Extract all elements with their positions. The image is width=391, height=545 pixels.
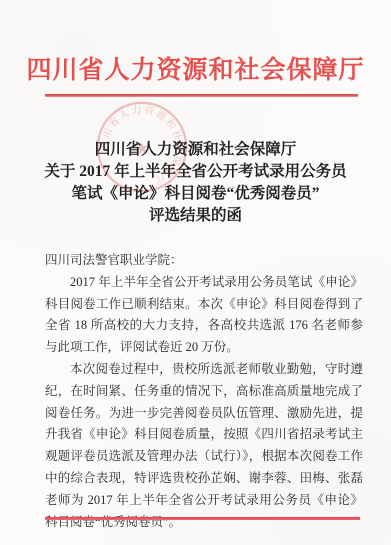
document-title-line-2: 关于 2017 年上半年全省公开考试录用公务员 (0, 161, 391, 183)
document-title: 四川省人力资源和社会保障厅 关于 2017 年上半年全省公开考试录用公务员 笔试… (0, 139, 391, 227)
document-page: 四川省人力资源和社会保障厅 四川省人力资源和社会保障厅 ★ 四川省人力资源和社会… (0, 0, 391, 545)
document-title-line-1: 四川省人力资源和社会保障厅 (0, 139, 391, 161)
document-body: 四川司法警官职业学院： 2017 年上半年全省公开考试录用公务员笔试《申论》科目… (45, 250, 363, 533)
footer-divider (45, 517, 360, 520)
recipient-line: 四川司法警官职业学院： (45, 250, 363, 272)
body-paragraph-2: 本次阅卷过程中，贵校所选派老师敬业勤勉，守时遵纪，在时间紧、任务重的情况下，高标… (45, 359, 363, 533)
document-title-line-3: 笔试《申论》科目阅卷“优秀阅卷员” (0, 183, 391, 205)
letterhead-divider (45, 94, 358, 97)
body-paragraph-1: 2017 年上半年全省公开考试录用公务员笔试《申论》科目阅卷工作已顺利结束。本次… (45, 272, 363, 359)
letterhead-org-name: 四川省人力资源和社会保障厅 (0, 50, 391, 86)
document-title-line-4: 评选结果的函 (0, 205, 391, 227)
